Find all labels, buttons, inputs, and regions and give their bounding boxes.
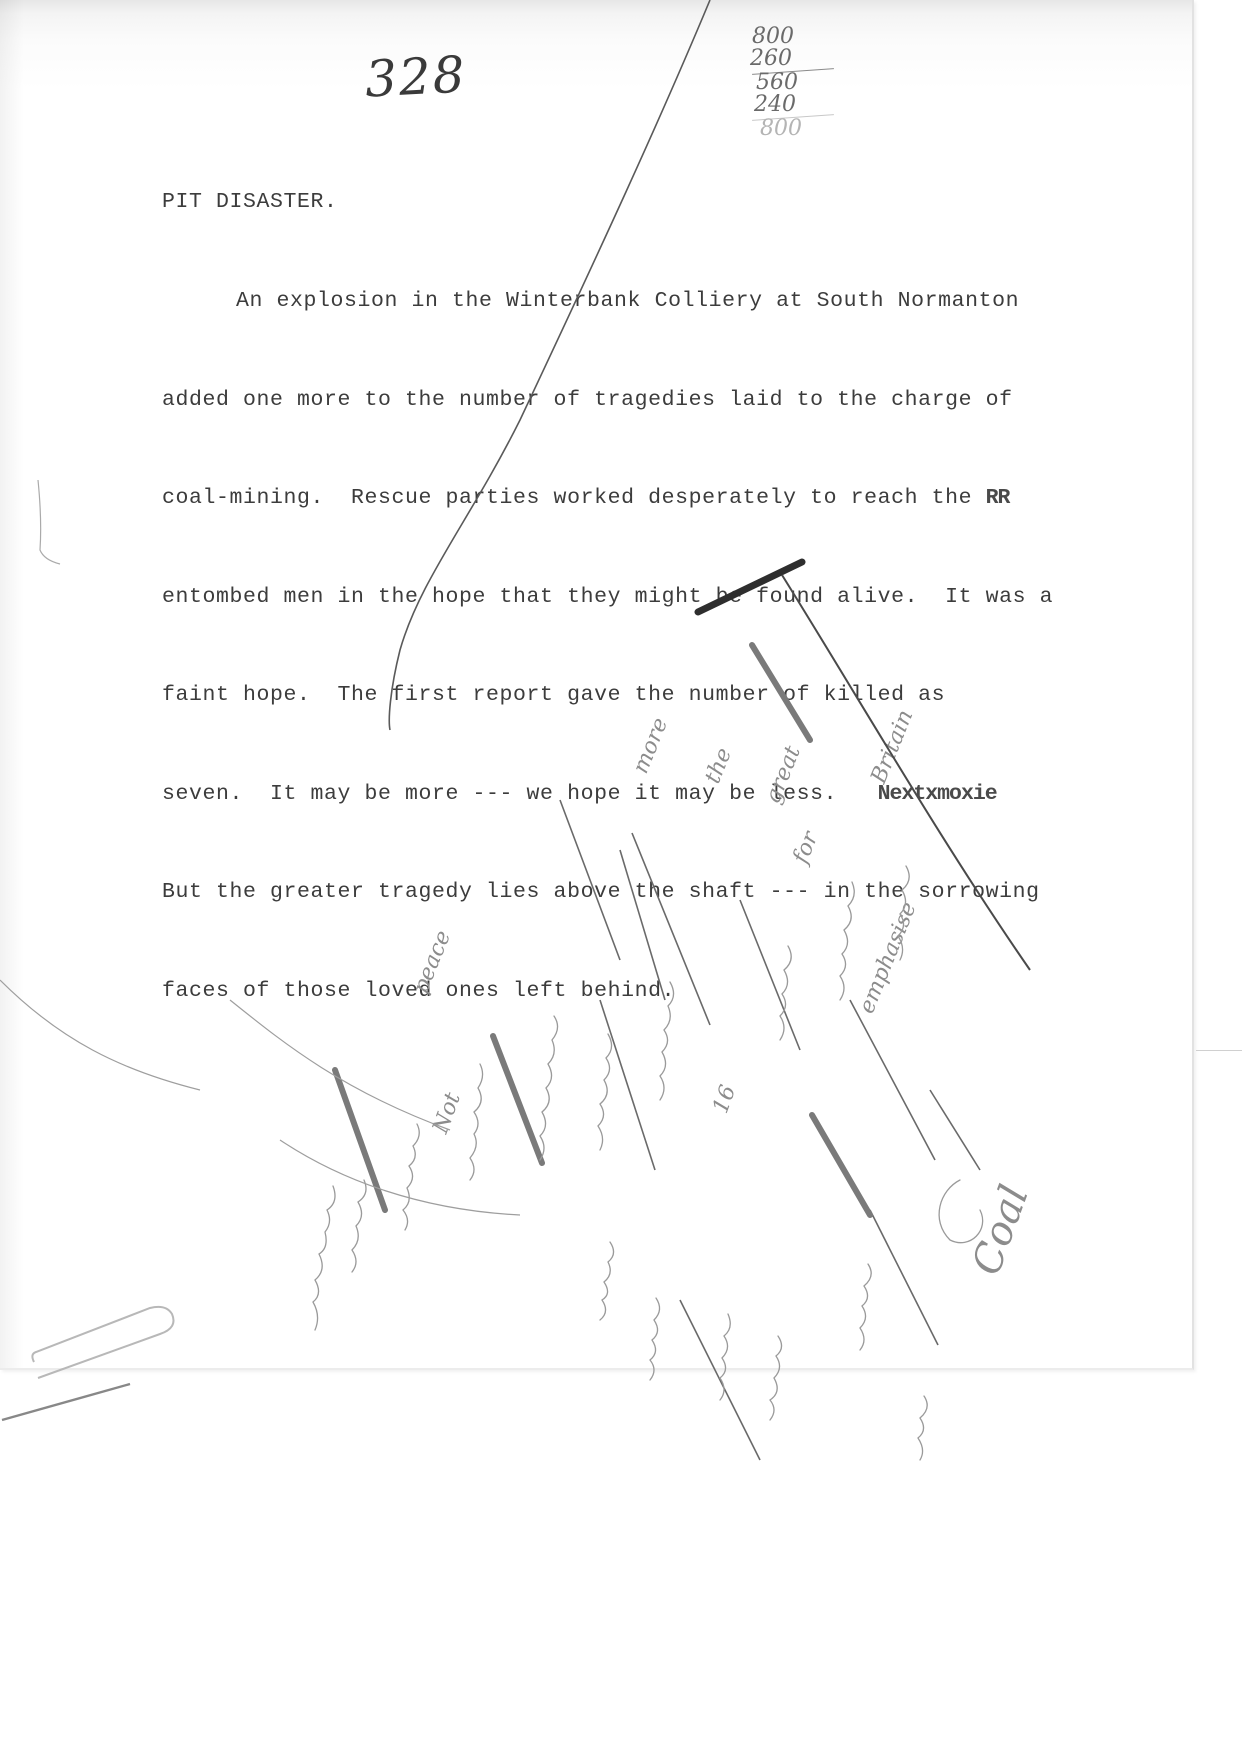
article-line: coal-mining. Rescue parties worked despe… — [162, 473, 1162, 524]
article-line-text: seven. It may be more --- we hope it may… — [162, 782, 837, 806]
article-line: entombed men in the hope that they might… — [162, 572, 1162, 623]
scanned-paper-sheet: 328 800 260 560 240 800 PIT DISASTER. An… — [0, 0, 1194, 1370]
article-line: An explosion in the Winterbank Colliery … — [162, 276, 1162, 327]
margin-calculation: 800 260 560 240 800 — [752, 26, 862, 140]
article-line: faint hope. The first report gave the nu… — [162, 670, 1162, 721]
article-title: PIT DISASTER. — [162, 176, 1162, 228]
article-line: seven. It may be more --- we hope it may… — [162, 769, 1162, 820]
typed-article: PIT DISASTER. An explosion in the Winter… — [162, 128, 1162, 1064]
calc-line: 260 — [750, 48, 860, 70]
article-line: added one more to the number of tragedie… — [162, 375, 1162, 426]
article-line: faces of those loved ones left behind. — [162, 966, 1162, 1017]
calc-line: 800 — [752, 26, 862, 48]
handwritten-note: Not — [428, 1089, 466, 1136]
struck-out-text: Nextxmoxie — [878, 782, 997, 806]
article-line-text: coal-mining. Rescue parties worked despe… — [162, 486, 972, 510]
handwritten-page-number: 328 — [364, 45, 468, 108]
handwritten-note: Coal — [963, 1179, 1037, 1281]
scan-edge-mark — [1196, 1050, 1242, 1051]
article-line: But the greater tragedy lies above the s… — [162, 867, 1162, 918]
handwritten-note: 16 — [708, 1082, 741, 1117]
struck-out-text: RR — [986, 486, 1010, 510]
calc-line: 560 — [756, 72, 866, 94]
calc-line: 240 — [754, 94, 864, 116]
